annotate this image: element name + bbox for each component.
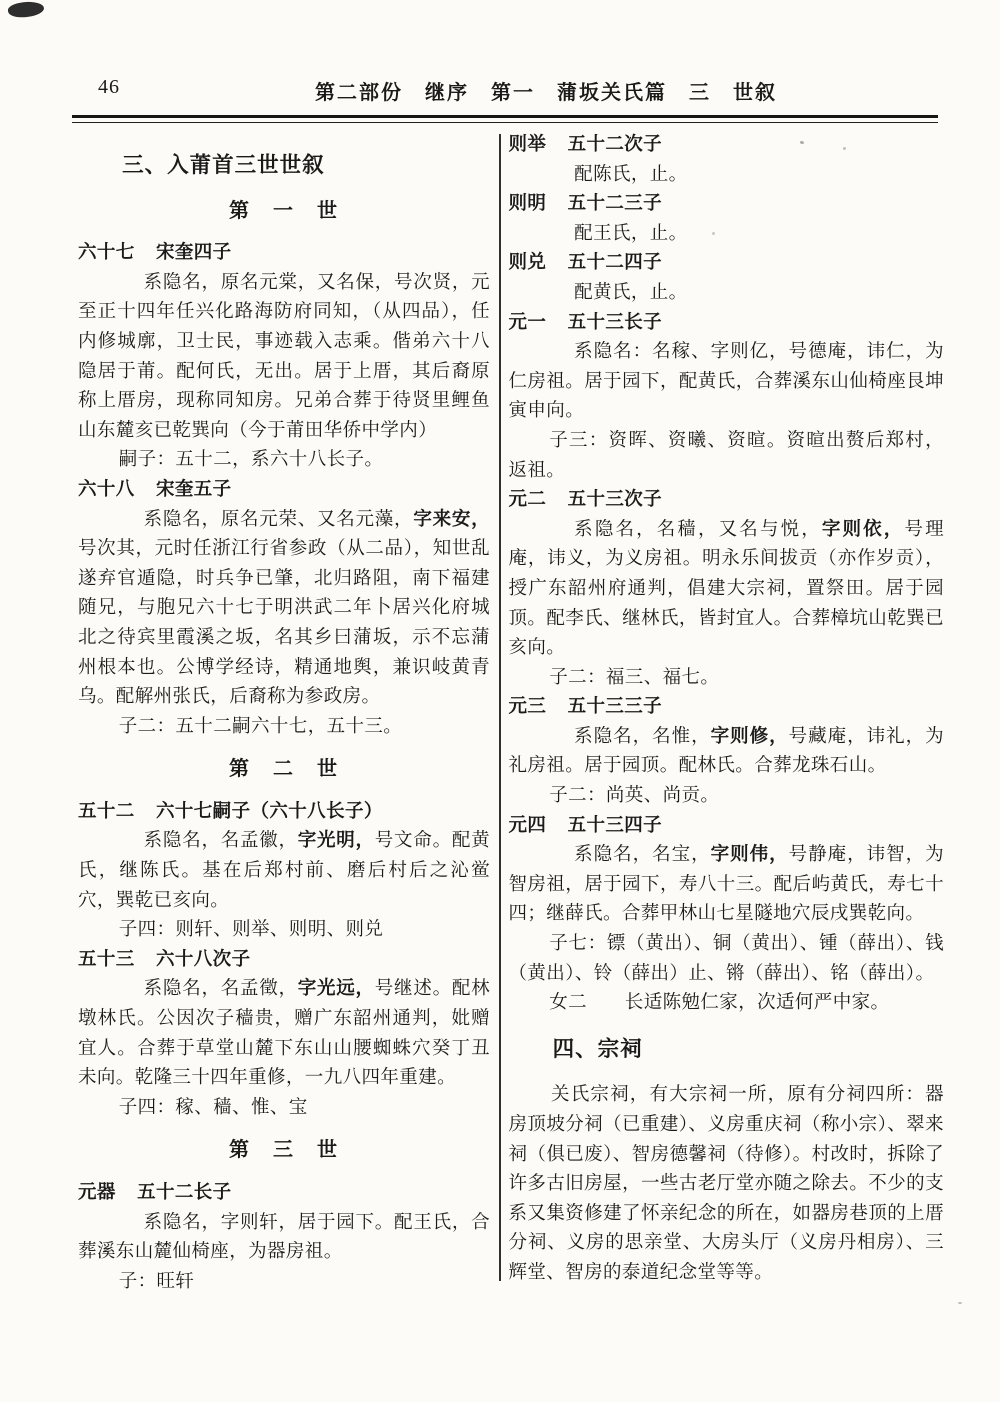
entry-desc: 五十三三子 bbox=[568, 697, 663, 717]
prose-paragraph: 关氏宗祠，有大宗祠一所，原有分祠四所：器房顶坡分祠（已重建）、义房重庆祠（称小宗… bbox=[509, 1081, 945, 1288]
entry-desc: 宋奎五子 bbox=[156, 480, 232, 500]
children-line: 子：旺轩 bbox=[78, 1268, 490, 1298]
entry-desc: 宋奎四子 bbox=[156, 243, 232, 263]
content-columns: 三、入莆首三世世叙第 一 世六十七宋奎四子系隐名，原名元棠，又名保，号次贤，元至… bbox=[0, 123, 1000, 1327]
column-divider bbox=[499, 134, 501, 1281]
header-rule bbox=[72, 115, 938, 123]
entry-label: 则兑 bbox=[509, 253, 547, 273]
entry-head: 五十三六十八次子 bbox=[78, 946, 490, 976]
entry-paragraph: 系隐名，名宝，字则伟，号静庵，讳智，为智房祖，居于园下，寿八十三。配后屿黄氏，寿… bbox=[509, 841, 945, 930]
children-line: 子二：福三、福七。 bbox=[509, 664, 945, 694]
entry-paragraph: 配黄氏，止。 bbox=[509, 279, 945, 309]
entry-desc: 五十二长子 bbox=[137, 1183, 232, 1203]
header-title: 第二部份 继序 第一 蒲坂关氏篇 三 世叙 bbox=[0, 76, 1000, 105]
children-line: 女二 长适陈勉仁家，次适何严中家。 bbox=[509, 989, 945, 1019]
scan-speck bbox=[958, 1302, 962, 1304]
entry-desc: 六十八次子 bbox=[156, 950, 251, 970]
entry-paragraph: 系隐名，字则轩，居于园下。配王氏，合葬溪东山麓仙椅座，为器房祖。 bbox=[78, 1209, 490, 1268]
document-page: 46 第二部份 继序 第一 蒲坂关氏篇 三 世叙 三、入莆首三世世叙第 一 世六… bbox=[0, 0, 1000, 1402]
entry-head: 元一五十三长子 bbox=[509, 309, 945, 339]
scan-speck bbox=[712, 232, 715, 235]
emphasis-text: 字则伟， bbox=[711, 845, 789, 865]
entry-desc: 六十七嗣子（六十八长子） bbox=[156, 802, 383, 822]
generation-heading: 第 三 世 bbox=[78, 1136, 490, 1166]
entry-paragraph: 系隐名，原名元荣、又名元藻，字来安，号次其，元时任浙江行省参政（从二品），知世乱… bbox=[78, 506, 490, 713]
scan-speck bbox=[843, 147, 846, 150]
emphasis-text: 字来安， bbox=[413, 510, 490, 530]
entry-desc: 五十二三子 bbox=[568, 194, 663, 214]
entry-head: 元四五十三四子 bbox=[509, 812, 945, 842]
entry-head: 元三五十三三子 bbox=[509, 693, 945, 723]
entry-paragraph: 系隐名，名孟徽，字光明，号文命。配黄氏，继陈氏。基在后郑村前、磨后村后之沁鲎穴，… bbox=[78, 827, 490, 916]
entry-label: 元一 bbox=[509, 313, 547, 333]
children-line: 子三：资晖、资曦、资暄。资暄出赘后郑村，返祖。 bbox=[509, 427, 945, 486]
entry-head: 则兑五十二四子 bbox=[509, 249, 945, 279]
children-line: 子七：镖（黄出）、铜（黄出）、锺（薛出）、钱（黄出）、铃（薛出）止、锵（薛出）、… bbox=[509, 930, 945, 989]
emphasis-text: 字光远， bbox=[298, 979, 375, 999]
children-line: 子四：稼、穑、惟、宝 bbox=[78, 1094, 490, 1124]
entry-paragraph: 系隐名，名孟徵，字光远，号继述。配林墩林氏。公因次子穑贵，赠广东韶州通判，妣赠宜… bbox=[78, 975, 490, 1093]
emphasis-text: 字则依， bbox=[822, 520, 905, 540]
section-title: 三、入莆首三世世叙 bbox=[78, 151, 490, 181]
entry-paragraph: 系隐名，名穑，又名与悦，字则依，号理庵，讳义，为义房祖。明永乐间拔贡（亦作岁贡）… bbox=[509, 516, 945, 664]
page-header: 46 第二部份 继序 第一 蒲坂关氏篇 三 世叙 bbox=[0, 0, 1000, 106]
generation-heading: 第 二 世 bbox=[78, 755, 490, 785]
children-line: 子二：尚英、尚贡。 bbox=[509, 782, 945, 812]
entry-desc: 五十三长子 bbox=[568, 313, 663, 333]
entry-paragraph: 配王氏，止。 bbox=[509, 220, 945, 250]
entry-paragraph: 配陈氏，止。 bbox=[509, 161, 945, 191]
entry-head: 六十八宋奎五子 bbox=[78, 476, 490, 506]
entry-label: 六十八 bbox=[78, 480, 135, 500]
emphasis-text: 字则修， bbox=[711, 727, 789, 747]
entry-head: 则明五十二三子 bbox=[509, 190, 945, 220]
entry-label: 则举 bbox=[509, 135, 547, 155]
entry-desc: 五十三次子 bbox=[568, 490, 663, 510]
entry-label: 六十七 bbox=[78, 243, 135, 263]
entry-paragraph: 系隐名，名惟，字则修，号藏庵，讳礼，为礼房祖。居于园顶。配林氏。合葬龙珠石山。 bbox=[509, 723, 945, 782]
entry-label: 元器 bbox=[78, 1183, 116, 1203]
page-number: 46 bbox=[98, 76, 120, 99]
entry-head: 元二五十三次子 bbox=[509, 486, 945, 516]
entry-desc: 五十二四子 bbox=[568, 253, 663, 273]
emphasis-text: 字光明， bbox=[298, 831, 375, 851]
entry-label: 元二 bbox=[509, 490, 547, 510]
entry-head: 五十二六十七嗣子（六十八长子） bbox=[78, 798, 490, 828]
entry-head: 元器五十二长子 bbox=[78, 1179, 490, 1209]
entry-head: 六十七宋奎四子 bbox=[78, 239, 490, 269]
left-column: 三、入莆首三世世叙第 一 世六十七宋奎四子系隐名，原名元棠，又名保，号次贤，元至… bbox=[78, 129, 490, 1297]
entry-desc: 五十二次子 bbox=[568, 135, 663, 155]
entry-paragraph: 系隐名，原名元棠，又名保，号次贤，元至正十四年任兴化路海防府同知，（从四品），任… bbox=[78, 269, 490, 447]
children-line: 嗣子：五十二，系六十八长子。 bbox=[78, 446, 490, 476]
entry-label: 五十三 bbox=[78, 950, 135, 970]
entry-head: 则举五十二次子 bbox=[509, 131, 945, 161]
right-column: 则举五十二次子配陈氏，止。则明五十二三子配王氏，止。则兑五十二四子配黄氏，止。元… bbox=[509, 129, 945, 1297]
entry-label: 五十二 bbox=[78, 802, 135, 822]
entry-label: 元四 bbox=[509, 816, 547, 836]
entry-paragraph: 系隐名：名稼、字则亿，号德庵，讳仁，为仁房祖。居于园下，配黄氏，合葬溪东山仙椅座… bbox=[509, 338, 945, 427]
entry-label: 元三 bbox=[509, 697, 547, 717]
section-title: 四、宗祠 bbox=[509, 1035, 945, 1065]
children-line: 子二：五十二嗣六十七，五十三。 bbox=[78, 713, 490, 743]
entry-label: 则明 bbox=[509, 194, 547, 214]
generation-heading: 第 一 世 bbox=[78, 197, 490, 227]
children-line: 子四：则轩、则举、则明、则兑 bbox=[78, 916, 490, 946]
entry-desc: 五十三四子 bbox=[568, 816, 663, 836]
